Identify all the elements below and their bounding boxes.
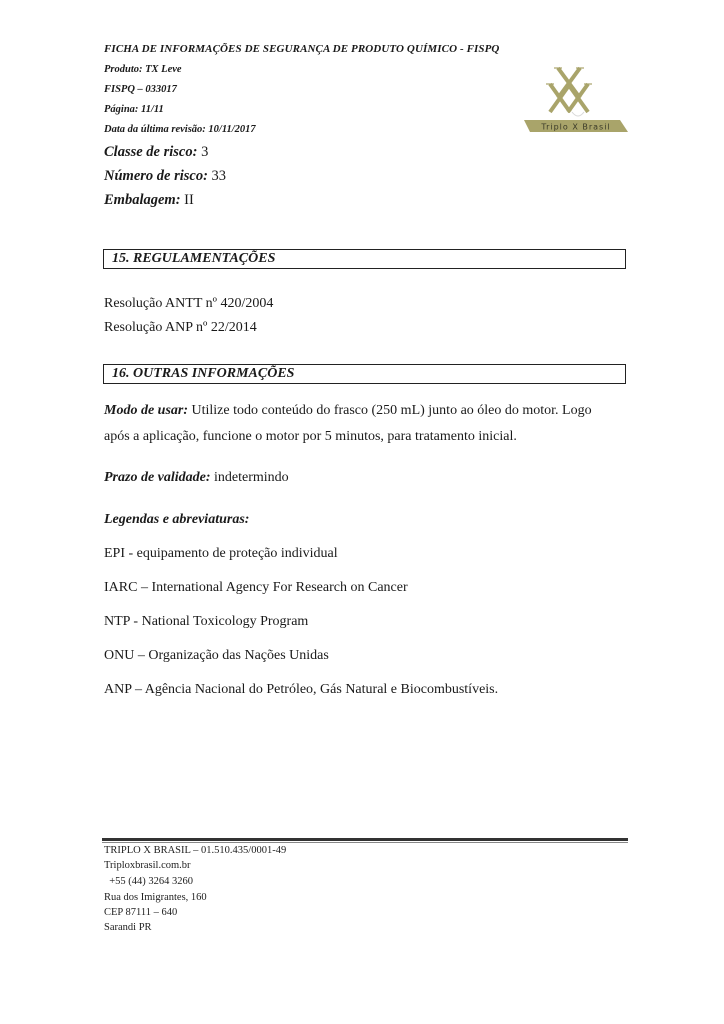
legend-item: EPI - equipamento de proteção individual bbox=[104, 546, 338, 562]
footer-divider bbox=[102, 838, 628, 841]
regulation-item: Resolução ANTT nº 420/2004 bbox=[104, 296, 273, 312]
legend-title: Legendas e abreviaturas: bbox=[104, 512, 249, 528]
legend-item: ONU – Organização das Nações Unidas bbox=[104, 648, 329, 664]
company-logo: Triplo X Brasil bbox=[520, 62, 630, 138]
legend-item: IARC – International Agency For Research… bbox=[104, 580, 408, 596]
usage-instructions: Modo de usar: Utilize todo conteúdo do f… bbox=[104, 403, 592, 419]
footer-street: Rua dos Imigrantes, 160 bbox=[104, 892, 207, 903]
footer-company: TRIPLO X BRASIL – 01.510.435/0001-49 bbox=[104, 845, 286, 856]
risk-class: Classe de risco: 3 bbox=[104, 144, 208, 161]
footer-website: Triploxbrasil.com.br bbox=[104, 860, 191, 871]
footer-city: Sarandi PR bbox=[104, 922, 152, 933]
footer-phone: +55 (44) 3264 3260 bbox=[104, 876, 193, 887]
risk-number: Número de risco: 33 bbox=[104, 168, 226, 185]
regulation-item: Resolução ANP nº 22/2014 bbox=[104, 320, 257, 336]
legend-item: NTP - National Toxicology Program bbox=[104, 614, 308, 630]
validity: Prazo de validade: indetermindo bbox=[104, 470, 289, 486]
document-title: FICHA DE INFORMAÇÕES DE SEGURANÇA DE PRO… bbox=[104, 43, 499, 55]
footer-divider-thin bbox=[102, 842, 628, 843]
legend-item: ANP – Agência Nacional do Petróleo, Gás … bbox=[104, 682, 498, 698]
section-15-header: 15. REGULAMENTAÇÕES bbox=[103, 249, 626, 269]
packaging: Embalagem: II bbox=[104, 192, 194, 209]
revision-date: Data da última revisão: 10/11/2017 bbox=[104, 124, 256, 135]
usage-instructions-cont: após a aplicação, funcione o motor por 5… bbox=[104, 429, 517, 445]
fispq-number: FISPQ – 033017 bbox=[104, 84, 177, 95]
triple-x-logo-icon: Triplo X Brasil bbox=[520, 62, 630, 138]
svg-text:Triplo X Brasil: Triplo X Brasil bbox=[540, 123, 610, 132]
product-name: Produto: TX Leve bbox=[104, 64, 182, 75]
footer-cep: CEP 87111 – 640 bbox=[104, 907, 177, 918]
page-number: Página: 11/11 bbox=[104, 104, 164, 115]
section-16-header: 16. OUTRAS INFORMAÇÕES bbox=[103, 364, 626, 384]
